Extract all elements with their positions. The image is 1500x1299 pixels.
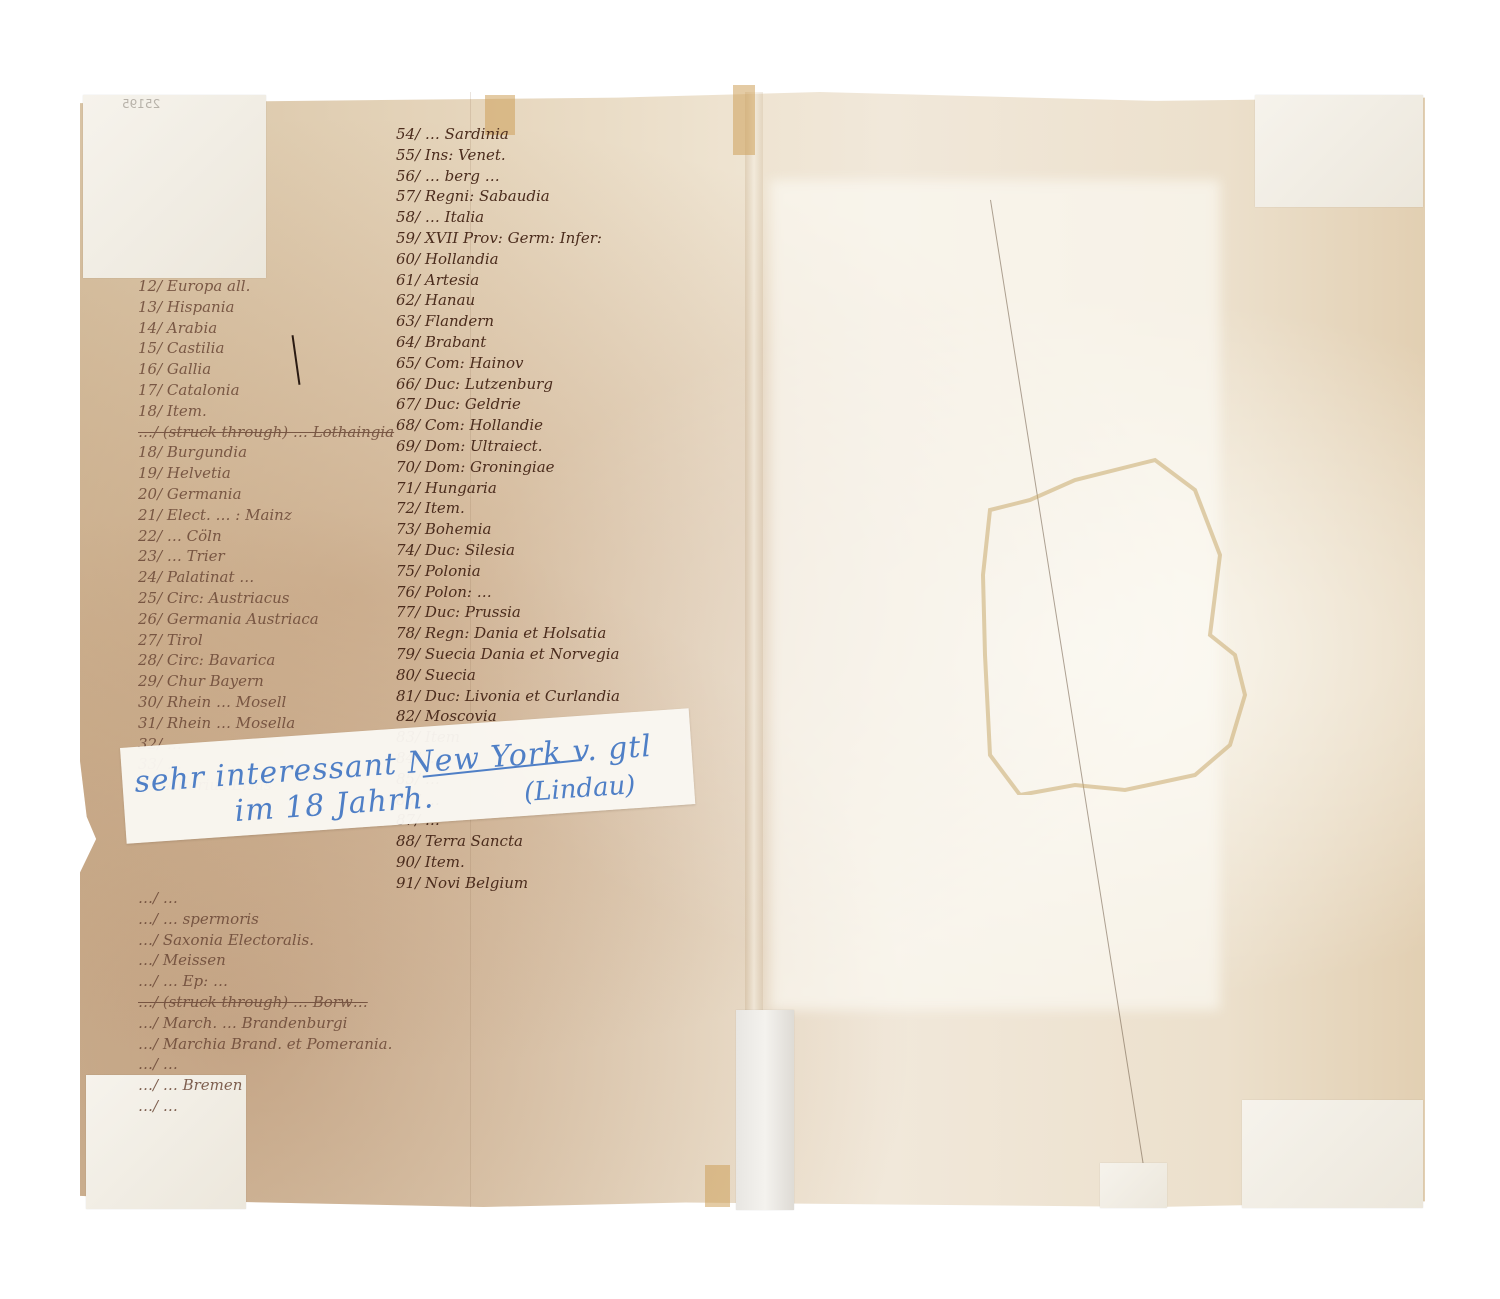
- index-entry: 56/ … berg …: [396, 166, 620, 187]
- index-entry: 22/ … Cöln: [138, 526, 394, 547]
- index-entry: …/ Marchia Brand. et Pomerania.: [138, 1034, 394, 1055]
- index-entry: 78/ Regn: Dania et Holsatia: [396, 623, 620, 644]
- index-entry: 31/ Rhein … Mosella: [138, 713, 394, 734]
- index-entry: 16/ Gallia: [138, 359, 394, 380]
- index-entry: 68/ Com: Hollandie: [396, 415, 620, 436]
- mount-corner-top-left: [83, 95, 266, 278]
- mount-small-bottom: [1100, 1163, 1167, 1208]
- index-entry: …/ …: [138, 888, 394, 909]
- index-entry: 24/ Palatinat …: [138, 567, 394, 588]
- tape-strip: [705, 1165, 730, 1207]
- tape-strip-white: [736, 1010, 794, 1210]
- index-entry: …/ … Ep: …: [138, 971, 394, 992]
- index-entry: 64/ Brabant: [396, 332, 620, 353]
- index-entry: …/ Saxonia Electoralis.: [138, 930, 394, 951]
- left-index-column: 12/ Europa all. 13/ Hispania 14/ Arabia …: [138, 276, 394, 1117]
- index-entry: 27/ Tirol: [138, 630, 394, 651]
- index-entry: 90/ Item.: [396, 852, 620, 873]
- index-entry: 69/ Dom: Ultraiect.: [396, 436, 620, 457]
- index-entry: 58/ … Italia: [396, 207, 620, 228]
- index-entry: …/ … spermoris: [138, 909, 394, 930]
- index-entry: 54/ … Sardinia: [396, 124, 620, 145]
- index-entry: 63/ Flandern: [396, 311, 620, 332]
- tape-strip: [733, 85, 755, 155]
- index-entry: 72/ Item.: [396, 498, 620, 519]
- index-entry: …/ March. … Brandenburgi: [138, 1013, 394, 1034]
- index-entry: 91/ Novi Belgium: [396, 873, 620, 894]
- index-entry: 55/ Ins: Venet.: [396, 145, 620, 166]
- index-entry: 73/ Bohemia: [396, 519, 620, 540]
- index-entry: 66/ Duc: Lutzenburg: [396, 374, 620, 395]
- index-entry: 23/ … Trier: [138, 546, 394, 567]
- index-entry: 20/ Germania: [138, 484, 394, 505]
- index-entry: 13/ Hispania: [138, 297, 394, 318]
- index-entry: 74/ Duc: Silesia: [396, 540, 620, 561]
- index-entry: 29/ Chur Bayern: [138, 671, 394, 692]
- index-entry: …/ (struck through) … Borw…: [138, 992, 394, 1013]
- index-entry: 18/ Burgundia: [138, 442, 394, 463]
- index-entry: 88/ Terra Sancta: [396, 831, 620, 852]
- index-entry: 65/ Com: Hainov: [396, 353, 620, 374]
- index-entry: 59/ XVII Prov: Germ: Infer:: [396, 228, 620, 249]
- mount-corner-bottom-right: [1242, 1100, 1423, 1208]
- index-entry: 26/ Germania Austriaca: [138, 609, 394, 630]
- index-entry: 61/ Artesia: [396, 270, 620, 291]
- index-entry: …/ …: [138, 1096, 394, 1117]
- index-entry: 80/ Suecia: [396, 665, 620, 686]
- note-line-3: (Lindau): [523, 770, 636, 808]
- index-entry: 77/ Duc: Prussia: [396, 602, 620, 623]
- index-entry: 62/ Hanau: [396, 290, 620, 311]
- index-entry: 19/ Helvetia: [138, 463, 394, 484]
- index-entry: 17/ Catalonia: [138, 380, 394, 401]
- index-entry: 57/ Regni: Sabaudia: [396, 186, 620, 207]
- index-entry: 18/ Item.: [138, 401, 394, 422]
- index-entry: …/ …: [138, 1054, 394, 1075]
- archive-number: 25195: [122, 97, 160, 111]
- index-entry: …/ … Bremen: [138, 1075, 394, 1096]
- index-entry: 15/ Castilia: [138, 338, 394, 359]
- index-entry: 81/ Duc: Livonia et Curlandia: [396, 686, 620, 707]
- index-entry: 76/ Polon: …: [396, 582, 620, 603]
- index-entry: 21/ Elect. … : Mainz: [138, 505, 394, 526]
- index-entry: 75/ Polonia: [396, 561, 620, 582]
- index-entry: 71/ Hungaria: [396, 478, 620, 499]
- index-entry: 25/ Circ: Austriacus: [138, 588, 394, 609]
- index-entry: …/ (struck through) … Lothaingia: [138, 422, 394, 443]
- index-entry: 67/ Duc: Geldrie: [396, 394, 620, 415]
- index-entry: 30/ Rhein … Mosell: [138, 692, 394, 713]
- mount-corner-top-right: [1255, 95, 1423, 207]
- index-entry: 60/ Hollandia: [396, 249, 620, 270]
- index-entry: 14/ Arabia: [138, 318, 394, 339]
- index-entry: 70/ Dom: Groningiae: [396, 457, 620, 478]
- index-entry: 28/ Circ: Bavarica: [138, 650, 394, 671]
- index-entry: …/ Meissen: [138, 950, 394, 971]
- index-entry: 12/ Europa all.: [138, 276, 394, 297]
- index-entry: 79/ Suecia Dania et Norvegia: [396, 644, 620, 665]
- map-outline: [975, 455, 1275, 795]
